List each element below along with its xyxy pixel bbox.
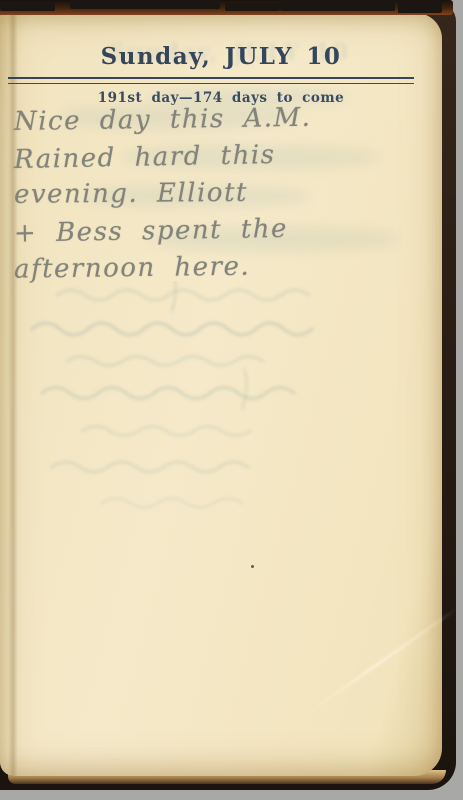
paper-crease-highlight [301, 607, 458, 718]
header-double-rule [8, 77, 414, 84]
ghost-bleedthrough-writing [12, 281, 432, 521]
worn-binding-top [0, 0, 453, 15]
diary-page: Sunday, JULY 10 Sunday, JULY 10 191st da… [0, 13, 442, 776]
entry-line: evening. Elliott [14, 173, 434, 214]
binding-leather-fragment [0, 1, 55, 11]
page-title-date: Sunday, JULY 10 [0, 43, 442, 70]
binding-leather-fragment [70, 0, 220, 9]
binding-leather-fragment [280, 0, 395, 11]
scanned-diary-photo: Sunday, JULY 10 Sunday, JULY 10 191st da… [0, 0, 463, 800]
binding-leather-fragment [225, 3, 280, 11]
binding-leather-fragment [398, 0, 442, 13]
entry-line: Rained hard this [14, 134, 435, 179]
handwritten-entry: Nice day this A.M. Rained hard this even… [14, 101, 434, 286]
entry-line: + Bess spent the [14, 208, 435, 252]
paper-speck [251, 565, 254, 568]
